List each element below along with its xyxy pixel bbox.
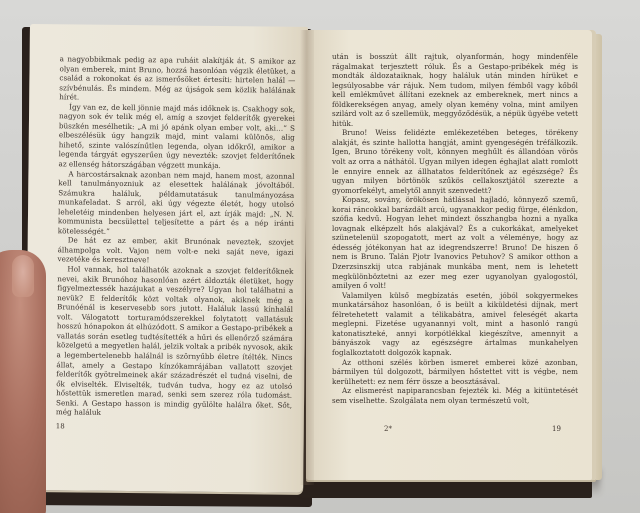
right-page-text: után is bosszút állt rajtuk, olyanformán… — [332, 52, 578, 405]
paragraph: A harcostársaknak azonban nem majd, hane… — [58, 169, 295, 238]
left-page: a nagyobbikmak pedig az apa ruháit alakí… — [25, 24, 308, 493]
paragraph: De hát ez az ember, akit Brunónak nevezt… — [57, 236, 293, 267]
right-page: után is bosszút állt rajtuk, olyanformán… — [306, 30, 596, 480]
printer-signature-mark: 2* — [384, 425, 392, 433]
paragraph: Az otthoni szélés körben ismeret emberei… — [332, 358, 578, 387]
paragraph: után is bosszút állt rajtuk, olyanformán… — [332, 52, 578, 128]
left-page-text: a nagyobbikmak pedig az apa ruháit alakí… — [56, 54, 296, 419]
paragraph: a nagyobbikmak pedig az apa ruháit alakí… — [59, 54, 295, 104]
photo-scene: után is bosszút állt rajtuk, olyanformán… — [0, 0, 640, 513]
paragraph: Hol vannak, hol találhatók azoknak a szo… — [56, 264, 294, 419]
thumbnail-highlight — [12, 255, 34, 297]
page-number: 18 — [56, 422, 65, 430]
paragraph: Bruno! Weiss felidézte emlékezetében bet… — [332, 128, 578, 195]
paragraph: Így van ez, de kell jönnie majd más idők… — [58, 102, 295, 171]
paragraph: Kopasz, sovány, örökösen hátlással hajla… — [332, 195, 578, 290]
paragraph: Valamilyen külső megbízatás esetén, jóbó… — [332, 291, 578, 358]
page-number: 19 — [552, 425, 561, 433]
paragraph: Az elismerést napiparancsban fejezték ki… — [332, 386, 578, 405]
